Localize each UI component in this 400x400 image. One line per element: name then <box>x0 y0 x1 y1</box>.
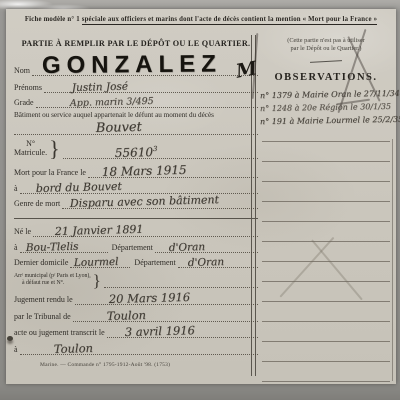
field-jugement: Jugement rendu le 20 Mars 1916 <box>14 289 258 305</box>
ruled-line <box>262 381 390 400</box>
ruled-line <box>262 281 390 301</box>
nom-value: GONZALEZ <box>42 50 222 80</box>
matricule-label-no: N° <box>26 139 35 148</box>
nom-label: Nom <box>14 66 32 76</box>
ruled-line <box>262 141 390 161</box>
ruled-line <box>262 361 390 381</box>
arrt-line <box>104 287 258 288</box>
ne-le-label: Né le <box>14 227 33 237</box>
field-tribunal: par le Tribunal de Toulon <box>14 306 258 322</box>
mort-le-value: 18 Mars 1915 <box>102 163 187 179</box>
ruled-line <box>262 321 390 341</box>
arrt-label: Arrᵗ municipal (pʳ Paris et Lyon), à déf… <box>14 273 91 288</box>
right-note-line1: (Cette partie n'est pas à utiliser <box>287 37 365 44</box>
genre-line: Disparu avec son bâtiment <box>62 197 258 209</box>
field-transcrit: acte ou jugement transcrit le 3 avril 19… <box>14 322 258 338</box>
field-grade: Grade App. marin 3/495 <box>14 94 258 108</box>
transcrit-value: 3 avril 1916 <box>124 323 194 339</box>
arrt-brace: } <box>91 273 104 288</box>
observations-title: OBSERVATIONS. <box>258 72 394 83</box>
tribunal-line: Toulon <box>73 309 258 322</box>
genre-label: Genre de mort <box>14 199 62 209</box>
section-separator <box>14 218 258 219</box>
mort-a-value: bord du Bouvet <box>35 180 121 195</box>
matricule-brace: } <box>47 139 63 159</box>
ruled-line <box>262 341 390 361</box>
grade-value: App. marin 3/495 <box>69 96 153 109</box>
fiche-model-mention: spéciale aux officiers et marins dont l'… <box>82 16 377 25</box>
field-nom: Nom GONZALEZM <box>14 56 258 76</box>
field-prenoms: Prénoms Justin José <box>14 79 258 93</box>
tribunal-value: Toulon <box>106 308 145 323</box>
domicile-line: Lourmel <box>70 257 130 268</box>
jugement-label: Jugement rendu le <box>14 295 75 305</box>
ruled-line <box>262 161 390 181</box>
ruled-line <box>262 201 390 221</box>
observations-ruled-lines <box>262 141 390 400</box>
domicile-dept-label: Département <box>130 258 177 268</box>
nom-line: GONZALEZM <box>32 52 258 76</box>
field-mort-le: Mort pour la France le 18 Mars 1915 <box>14 162 258 178</box>
fiche-model-note: Fiche modèle n° 1 spéciale aux officiers… <box>6 16 396 23</box>
ruled-line <box>262 301 390 321</box>
field-batiment-value: Bouvet <box>14 117 258 135</box>
document-scan: Fiche modèle n° 1 spéciale aux officiers… <box>0 0 400 400</box>
transcrit-line: 3 avril 1916 <box>107 325 258 338</box>
grade-line: App. marin 3/495 <box>36 98 258 108</box>
ne-le-line: 21 Janvier 1891 <box>33 225 258 237</box>
ruled-line <box>262 221 390 241</box>
field-domicile: Dernier domicile Lourmel Département d'O… <box>14 253 258 268</box>
print-reference: Marine. — Commande n° 1795-1912-Août '98… <box>40 362 170 368</box>
matricule-label: N° Matricule. <box>14 139 47 159</box>
domicile-value: Lourmel <box>74 256 119 269</box>
domicile-label: Dernier domicile <box>14 258 70 268</box>
jugement-value: 20 Mars 1916 <box>108 290 190 306</box>
domicile-dept-line: d'Oran <box>178 257 258 268</box>
matricule-label-word: Matricule. <box>14 148 47 157</box>
tribunal-label: par le Tribunal de <box>14 312 73 322</box>
arrt-label-line2: à défaut rue et N°. <box>14 280 91 287</box>
batiment-value: Bouvet <box>96 120 142 136</box>
fiche-card: Fiche modèle n° 1 spéciale aux officiers… <box>6 9 396 384</box>
transcrit-a-value: Toulon <box>53 341 92 356</box>
field-mort-a: à bord du Bouvet <box>14 179 258 194</box>
ne-le-value: 21 Janvier 1891 <box>55 223 144 238</box>
field-ne-le: Né le 21 Janvier 1891 <box>14 221 258 237</box>
fiche-model-prefix: Fiche modèle n° 1 <box>25 16 82 23</box>
matricule-line: 556103 <box>63 146 258 159</box>
arrt-label-line1: Arrᵗ municipal (pʳ Paris et Lyon), <box>14 273 91 280</box>
transcrit-label: acte ou jugement transcrit le <box>14 328 107 338</box>
observation-note: n° 191 à Mairie Lourmel le 25/2/35 <box>260 115 400 126</box>
mort-le-label: Mort pour la France le <box>14 168 88 178</box>
field-ne-a: à Bou-Tlelis Département d'Oran <box>14 238 258 253</box>
genre-value: Disparu avec son bâtiment <box>70 193 219 210</box>
ne-a-value: Bou-Tlelis <box>25 241 78 254</box>
ne-dept-line: d'Oran <box>155 242 258 253</box>
left-section-title: PARTIE À REMPLIR PAR LE DÉPÔT OU LE QUAR… <box>14 39 258 48</box>
field-matricule: N° Matricule. } 556103 <box>14 137 258 159</box>
field-arrt: Arrᵗ municipal (pʳ Paris et Lyon), à déf… <box>14 270 258 288</box>
right-edge-rule <box>392 139 393 381</box>
right-column-note: (Cette partie n'est pas à utiliser par l… <box>258 37 394 53</box>
ruled-line <box>262 261 390 281</box>
ne-dept-label: Département <box>108 243 155 253</box>
domicile-dept-value: d'Oran <box>187 256 224 269</box>
ruled-line <box>262 181 390 201</box>
batiment-line: Bouvet <box>14 121 258 135</box>
matricule-value: 556103 <box>114 145 157 160</box>
matricule-sup: 3 <box>152 145 157 153</box>
ne-a-line: Bou-Tlelis <box>20 242 108 253</box>
field-transcrit-a: à Toulon <box>14 339 258 355</box>
prenoms-label: Prénoms <box>14 83 44 93</box>
prenoms-line: Justin José <box>44 82 258 93</box>
ink-blot <box>7 336 13 341</box>
observation-note: n° 1248 à 20e Région le 30/1/35 <box>260 102 391 113</box>
jugement-line: 20 Mars 1916 <box>75 292 258 305</box>
mort-le-line: 18 Mars 1915 <box>88 165 258 178</box>
prenoms-value: Justin José <box>72 81 128 94</box>
transcrit-a-line: Toulon <box>20 342 258 355</box>
mort-a-line: bord du Bouvet <box>20 182 258 194</box>
field-genre: Genre de mort Disparu avec son bâtiment <box>14 194 258 209</box>
flourish-line <box>310 60 342 63</box>
grade-label: Grade <box>14 98 36 108</box>
